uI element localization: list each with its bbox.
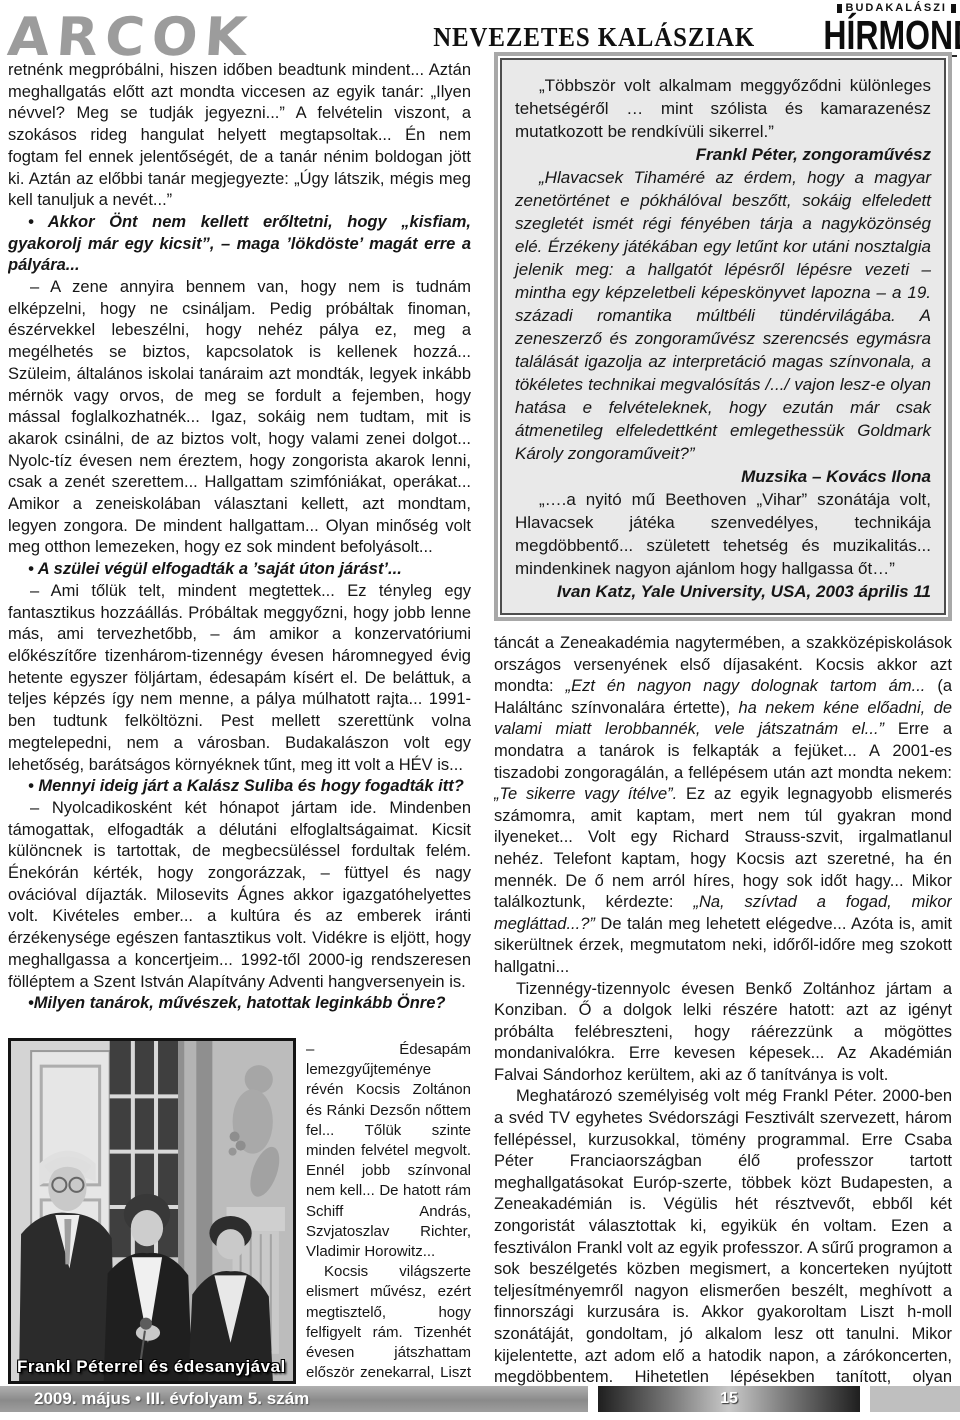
page-title: NEVEZETES KALÁSZIAK: [433, 22, 737, 53]
press-quote: „….a nyitó mű Beethoven „Vihar” szonátáj…: [515, 488, 931, 580]
right-column-body: táncát a Zeneakadémia nagytermében, a sz…: [494, 633, 952, 1388]
paragraph: Meghatározó személyiség volt még Frankl …: [494, 1086, 952, 1388]
newspaper-page: ARCOK NEVEZETES KALÁSZIAK BUDAKALÁSZI HÍ…: [0, 0, 960, 1420]
interview-question: • Akkor Önt nem kellett erőltetni, hogy …: [8, 212, 471, 277]
quote-attribution: Frankl Péter, zongoraművész: [515, 143, 931, 166]
quote-attribution: Ivan Katz, Yale University, USA, 2003 áp…: [515, 580, 931, 603]
interview-question: •Milyen tanárok, művészek, hatottak legi…: [8, 993, 471, 1015]
paragraph: retnénk megpróbálni, hiszen időben beadt…: [8, 60, 471, 212]
interview-question: • Mennyi ideig járt a Kalász Suliba és h…: [8, 776, 471, 798]
quote-attribution: Muzsika – Kovács Ilona: [515, 465, 931, 488]
footer-issue-bar: 2009. május • III. évfolyam 5. szám: [0, 1386, 588, 1412]
press-quote: „Többször volt alkalmam meggyőződni külö…: [515, 74, 931, 143]
footer-issue-label: 2009. május • III. évfolyam 5. szám: [34, 1389, 309, 1408]
interview-answer: – Édesapám lemezgyűjteménye révén Kocsis…: [306, 1040, 471, 1262]
photo-caption: Frankl Péterrel és édesanyjával: [17, 1357, 286, 1377]
photo-illustration: [11, 1041, 293, 1381]
interview-answer: – Nyolcadikosként két hónapot jártam ide…: [8, 798, 471, 993]
interview-answer: Kocsis világszerte elismert művész, ezér…: [306, 1262, 471, 1388]
paragraph: Tizennégy-tizennyolc évesen Benkő Zoltán…: [494, 979, 952, 1087]
right-column: „Többször volt alkalmam meggyőződni külö…: [494, 50, 952, 1388]
press-quotes-box: „Többször volt alkalmam meggyőződni külö…: [500, 58, 946, 615]
footer-right-bar: [870, 1386, 960, 1412]
footer-page-number: 15: [598, 1386, 860, 1412]
interview-answer: – Ami tőlük telt, mindent megtettek... E…: [8, 581, 471, 776]
hirmondo-masthead: BUDAKALÁSZI HÍRMONDÓ: [786, 2, 956, 57]
interview-answer: – A zene annyira bennem van, hogy nem is…: [8, 277, 471, 559]
left-column: retnénk megpróbálni, hiszen időben beadt…: [8, 60, 471, 1038]
arcok-logo: ARCOK: [6, 6, 256, 68]
interview-question: • A szülei végül elfogadták a ’saját úto…: [8, 559, 471, 581]
press-quote: „Hlavacsek Tihaméré az érdem, hogy a mag…: [515, 166, 931, 465]
photo: Frankl Péterrel és édesanyjával: [8, 1038, 296, 1384]
paragraph: táncát a Zeneakadémia nagytermében, a sz…: [494, 633, 952, 979]
beside-photo-column: – Édesapám lemezgyűjteménye révén Kocsis…: [306, 1040, 471, 1388]
